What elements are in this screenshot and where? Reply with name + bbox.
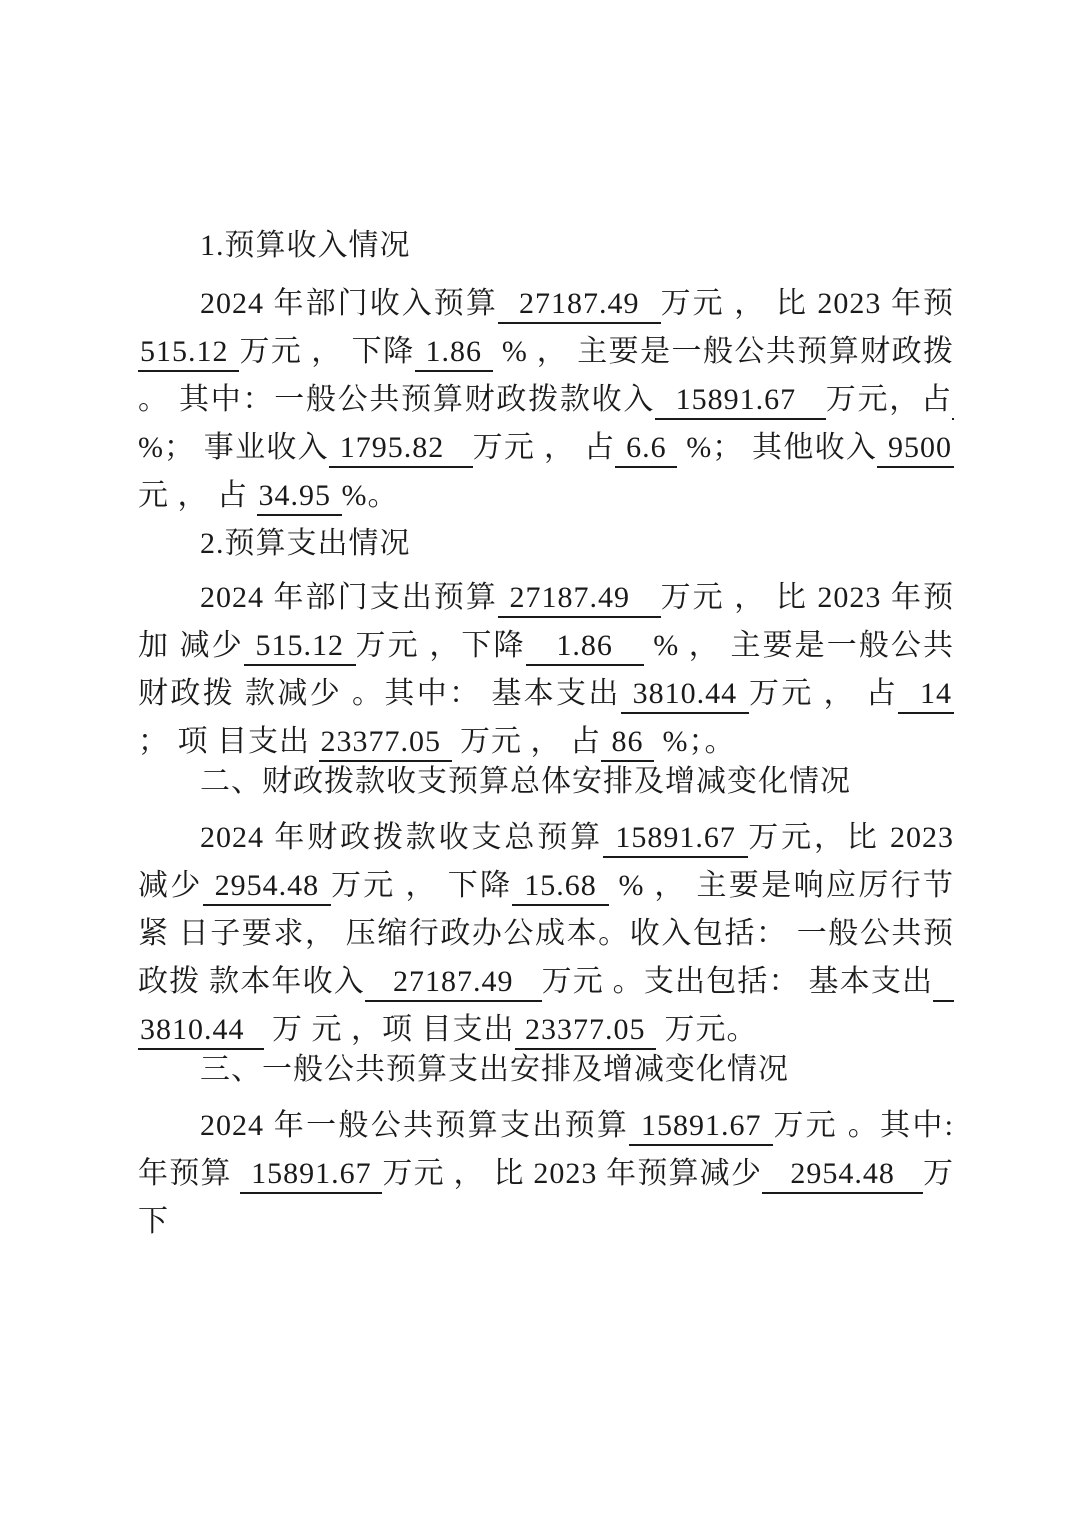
heading-budget-expenditure: 2.预算支出情况 <box>138 520 954 568</box>
text-run: 2.预算支出情况 <box>200 527 411 560</box>
para-section2-line-3: 紧 日子要求， 压缩行政办公成本。收入包括： 一般公共预算财 <box>138 910 954 958</box>
para-expenditure-line-2: 加 减少 515.12 万元 ，下降 1.86 % ， 主要是一般公共预算 <box>138 622 954 670</box>
text-run: 政拨 款本年收入 <box>138 965 365 998</box>
blank-underline-value: 3810.44 <box>621 677 749 714</box>
blank-underline-value: 15891.67 <box>240 1157 382 1194</box>
text-run: 年预算 <box>138 1157 240 1190</box>
blank-underline-value: 2954.48 <box>762 1157 923 1194</box>
text-run: 二、财政拨款收支预算总体安排及增减变化情况 <box>200 765 851 798</box>
blank-underline-value: 3810.44 <box>138 1013 264 1050</box>
text-run: 2024 年部门收入预算 <box>200 287 498 320</box>
blank-underline-value: 27187.49 <box>498 581 661 618</box>
para-income-line-3: 。 其中：一般公共预算财政拨款收入 15891.67 万元，占 58.45 <box>138 376 954 424</box>
blank-underline-value: 15891.67 <box>655 383 826 420</box>
document-body: 1.预算收入情况2024 年部门收入预算 27187.49 万元 ， 比 202… <box>138 222 954 1246</box>
text-run: 2024 年部门支出预算 <box>200 581 498 614</box>
text-run: 加 减少 <box>138 629 244 662</box>
document-page: 1.预算收入情况2024 年部门收入预算 27187.49 万元 ， 比 202… <box>0 0 1074 1520</box>
text-run: %。 <box>342 479 399 512</box>
text-run: 万元 ， 占 <box>452 725 602 758</box>
heading-section-3: 三、一般公共预算支出安排及增减变化情况 <box>138 1046 954 1094</box>
text-run: 万元 ， 比 2023 年预算减少 <box>382 1157 762 1190</box>
blank-underline-value: 1.86 <box>415 335 493 372</box>
text-run: %； 其他收入 <box>677 431 877 464</box>
blank-underline-value: 2954.48 <box>203 869 331 906</box>
blank-underline-value: 515.12 <box>244 629 356 666</box>
text-run: 万元 ， 占 <box>749 677 898 710</box>
para-section3-line-3: 下 <box>138 1198 954 1246</box>
blank-underline-value: 15.68 <box>512 869 608 906</box>
para-section2-line-4: 政拨 款本年收入 27187.49 万元 。支出包括： 基本支出 <box>138 958 954 1006</box>
text-run: 下 <box>138 1205 169 1238</box>
text-run: 万元 。支出包括： 基本支出 <box>542 965 933 998</box>
blank-underline-value: 34.95 <box>257 479 342 516</box>
text-run: 。 其中：一般公共预算财政拨款收入 <box>138 383 655 416</box>
blank-underline-value: 23377.05 <box>515 1013 657 1050</box>
text-run: %； 事业收入 <box>138 431 329 464</box>
text-run: 万元 ， 占 <box>473 431 616 464</box>
para-section2-line-2: 减少 2954.48 万元 ， 下降 15.68 % ， 主要是响应厉行节约，过 <box>138 862 954 910</box>
blank-underline-value: 515.12 <box>138 335 239 372</box>
text-run: 2024 年财政拨款收支总预算 <box>200 821 603 854</box>
heading-budget-income: 1.预算收入情况 <box>138 222 954 270</box>
para-expenditure-line-1: 2024 年部门支出预算 27187.49 万元 ， 比 2023 年预算增 <box>138 574 954 622</box>
text-run: 元 ， 占 <box>138 479 257 512</box>
blank-underline-value <box>933 965 954 1002</box>
blank-underline-value: 15891.67 <box>629 1109 773 1146</box>
text-run: %；。 <box>654 725 736 758</box>
text-run: 万元 ， 下降 <box>331 869 512 902</box>
text-run: 1.预算收入情况 <box>200 229 411 262</box>
blank-underline-value: 14 <box>898 677 954 714</box>
blank-underline-value: 6.6 <box>615 431 677 468</box>
text-run: 万元 ， 下降 <box>239 335 414 368</box>
blank-underline-value: 27187.49 <box>498 287 661 324</box>
blank-underline-value: 1.86 <box>526 629 644 666</box>
blank-underline-value: 23377.05 <box>319 725 452 762</box>
heading-section-2: 二、财政拨款收支预算总体安排及增减变化情况 <box>138 758 954 806</box>
text-run: 2024 年一般公共预算支出预算 <box>200 1109 629 1142</box>
blank-underline-value: 9500 <box>877 431 954 468</box>
blank-underline-value: 1795.82 <box>329 431 473 468</box>
blank-underline-value: 15891.67 <box>603 821 748 858</box>
text-run: 财政拨 款减少 。其中： 基本支出 <box>138 677 621 710</box>
text-run: 万元，占 <box>826 383 952 416</box>
text-run: 万元。 <box>656 1013 758 1046</box>
text-run: 减少 <box>138 869 203 902</box>
para-income-line-5: 元 ， 占 34.95 %。 <box>138 472 954 520</box>
text-run: 紧 日子要求， 压缩行政办公成本。收入包括： 一般公共预算财 <box>138 917 954 958</box>
para-income-line-1: 2024 年部门收入预算 27187.49 万元 ， 比 2023 年预算减少 <box>138 280 954 328</box>
text-run: ； 项 目支出 <box>138 725 319 758</box>
para-section3-line-1: 2024 年一般公共预算支出预算 15891.67 万元 。其中: (1)本 <box>138 1102 954 1150</box>
para-income-line-4: %； 事业收入 1795.82 万元 ， 占 6.6 %； 其他收入 9500 … <box>138 424 954 472</box>
text-run: 三、一般公共预算支出安排及增减变化情况 <box>200 1053 789 1086</box>
blank-underline-value: 86 <box>601 725 654 762</box>
text-run: 万元 ，下降 <box>356 629 526 662</box>
para-expenditure-line-3: 财政拨 款减少 。其中： 基本支出 3810.44 万元 ， 占 14 % <box>138 670 954 718</box>
para-section2-line-1: 2024 年财政拨款收支总预算 15891.67 万元，比 2023 年预算 <box>138 814 954 862</box>
para-income-line-2: 515.12 万元 ， 下降 1.86 % ， 主要是一般公共预算财政拨款减少 <box>138 328 954 376</box>
blank-underline-value: 27187.49 <box>365 965 542 1002</box>
text-run: 万 元 ，项 目支出 <box>264 1013 515 1046</box>
para-section3-line-2: 年预算 15891.67 万元 ， 比 2023 年预算减少 2954.48 万… <box>138 1150 954 1198</box>
